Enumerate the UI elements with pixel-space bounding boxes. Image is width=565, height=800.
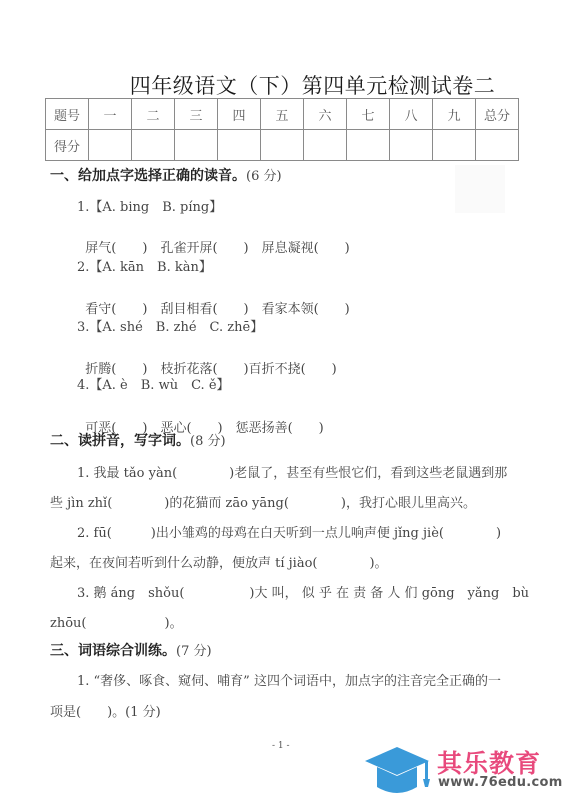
score-cell xyxy=(261,130,304,161)
score-cell xyxy=(390,130,433,161)
question-line: 起来，在夜间若听到什么动静，便放声 tí jiào( )。 xyxy=(50,552,388,571)
column-header: 六 xyxy=(304,99,347,130)
column-header: 八 xyxy=(390,99,433,130)
score-label-cell: 得分 xyxy=(46,130,89,161)
score-table: 题号 一 二 三 四 五 六 七 八 九 总分 得分 xyxy=(45,98,519,161)
section-heading-1: 一、给加点字选择正确的读音。(6 分) xyxy=(50,165,282,185)
column-header: 二 xyxy=(132,99,175,130)
score-cell xyxy=(132,130,175,161)
question-line: 3. 鹅 áng shǒu( )大 叫， 似 乎 在 责 备 人 们 gōng … xyxy=(77,582,529,601)
question-words-row: 看守( ) 刮目相看( ) 看家本领( ) xyxy=(77,283,350,317)
question-line: 1. “奢侈、啄食、窥伺、哺育” 这四个词语中，加点字的注音完全正确的一 xyxy=(77,670,501,689)
column-header: 四 xyxy=(218,99,261,130)
question-options: 2.【A. kān B. kàn】 xyxy=(77,256,212,275)
question-options: 4.【A. è B. wù C. ě】 xyxy=(77,374,230,393)
score-table-header-row: 题号 一 二 三 四 五 六 七 八 九 总分 xyxy=(46,99,519,130)
word-item: 惩恶扬善( ) xyxy=(236,421,324,436)
watermark-logo: 其乐教育 www.76edu.com xyxy=(365,742,560,798)
question-words-row: 折腾( ) 枝折花落( )百折不挠( ) xyxy=(77,343,337,377)
scan-smudge xyxy=(455,165,505,213)
column-header: 九 xyxy=(433,99,476,130)
word-item: 看家本领( ) xyxy=(262,302,350,317)
word-item: 刮目相看( ) xyxy=(160,302,248,317)
section-heading-2: 二、读拼音，写字词。(8 分) xyxy=(50,430,226,450)
section-heading-3: 三、词语综合训练。(7 分) xyxy=(50,640,212,660)
question-options: 1.【A. bing B. píng】 xyxy=(77,196,222,215)
column-header: 五 xyxy=(261,99,304,130)
section-heading-text: 二、读拼音，写字词。 xyxy=(50,433,190,449)
page-title: 四年级语文（下）第四单元检测试卷二 xyxy=(0,70,565,100)
question-line: zhōu( )。 xyxy=(50,612,183,631)
word-item: 屏气( ) xyxy=(85,241,147,256)
section-heading-text: 三、词语综合训练。 xyxy=(50,643,176,659)
word-item: 百折不挠( ) xyxy=(249,362,337,377)
score-cell xyxy=(175,130,218,161)
question-line: 项是( )。(1 分) xyxy=(50,701,161,720)
column-header: 七 xyxy=(347,99,390,130)
column-header: 一 xyxy=(89,99,132,130)
section-points: (7 分) xyxy=(176,644,212,659)
score-cell xyxy=(347,130,390,161)
column-header: 总分 xyxy=(476,99,519,130)
question-words-row: 屏气( ) 孔雀开屏( ) 屏息凝视( ) xyxy=(77,222,350,256)
score-cell xyxy=(433,130,476,161)
question-line: 1. 我最 tǎo yàn( )老鼠了，甚至有些恨它们，看到这些老鼠遇到那 xyxy=(77,462,507,481)
word-item: 看守( ) xyxy=(85,302,147,317)
question-options: 3.【A. shé B. zhé C. zhē】 xyxy=(77,316,263,335)
graduation-cap-icon xyxy=(365,745,433,797)
word-item: 孔雀开屏( ) xyxy=(160,241,248,256)
score-cell xyxy=(89,130,132,161)
score-cell xyxy=(218,130,261,161)
score-cell xyxy=(304,130,347,161)
word-item: 屏息凝视( ) xyxy=(262,241,350,256)
header-label-cell: 题号 xyxy=(46,99,89,130)
section-points: (6 分) xyxy=(246,169,282,184)
watermark-url: www.76edu.com xyxy=(438,775,563,790)
question-line: 2. fū( )出小雏鸡的母鸡在白天听到一点儿响声便 jǐng jiè( ) xyxy=(77,522,501,541)
page-number: - 1 - xyxy=(272,741,290,751)
question-line: 些 jìn zhǐ( )的花猫而 zāo yāng( )，我打心眼儿里高兴。 xyxy=(50,492,476,511)
section-heading-text: 一、给加点字选择正确的读音。 xyxy=(50,168,246,184)
column-header: 三 xyxy=(175,99,218,130)
score-table-score-row: 得分 xyxy=(46,130,519,161)
section-points: (8 分) xyxy=(190,434,226,449)
score-cell xyxy=(476,130,519,161)
